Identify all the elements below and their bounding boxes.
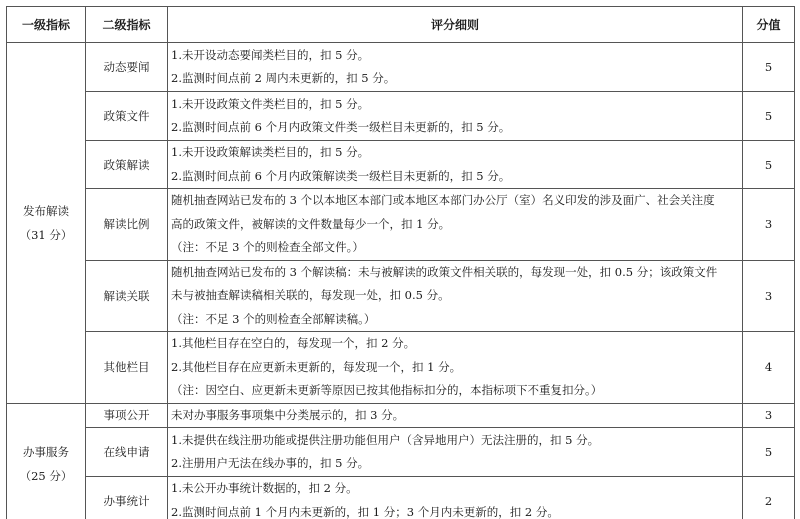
level2-indicator: 动态要闻: [86, 43, 168, 92]
header-level2: 二级指标: [86, 7, 168, 43]
rule-line: 随机抽查网站已发布的 3 个以本地区本部门或本地区本部门办公厅（室）名义印发的涉…: [171, 189, 736, 213]
table-row: 办事统计 1.未公开办事统计数据的，扣 2 分。 2.监测时间点前 1 个月内未…: [7, 477, 795, 519]
score-value: 2: [743, 477, 795, 519]
table-row: 解读关联 随机抽查网站已发布的 3 个解读稿：未与被解读的政策文件相关联的，每发…: [7, 260, 795, 332]
rule-line: 2.监测时间点前 6 个月内政策文件类一级栏目未更新的，扣 5 分。: [171, 116, 736, 140]
rule-line: 2.其他栏目存在应更新未更新的，每发现一个，扣 1 分。: [171, 356, 736, 380]
level2-indicator: 其他栏目: [86, 332, 168, 404]
level1-cell-service: 办事服务 （25 分）: [7, 403, 86, 519]
table-row: 政策文件 1.未开设政策文件类栏目的，扣 5 分。 2.监测时间点前 6 个月内…: [7, 92, 795, 141]
rule-line: 随机抽查网站已发布的 3 个解读稿：未与被解读的政策文件相关联的，每发现一处，扣…: [171, 261, 736, 285]
table-row: 解读比例 随机抽查网站已发布的 3 个以本地区本部门或本地区本部门办公厅（室）名…: [7, 189, 795, 261]
scoring-table: 一级指标 二级指标 评分细则 分值 发布解读 （31 分） 动态要闻 1.未开设…: [6, 6, 795, 519]
header-rules: 评分细则: [168, 7, 743, 43]
rule-line: 2.监测时间点前 1 个月内未更新的，扣 1 分；3 个月内未更新的，扣 2 分…: [171, 501, 736, 519]
score-value: 5: [743, 43, 795, 92]
rule-line: 2.监测时间点前 2 周内未更新的，扣 5 分。: [171, 67, 736, 91]
score-value: 5: [743, 141, 795, 189]
level1-total: （25 分）: [7, 464, 85, 488]
rule-line: 1.未提供在线注册功能或提供注册功能但用户（含异地用户）无法注册的，扣 5 分。: [171, 429, 736, 453]
score-value: 3: [743, 189, 795, 261]
score-value: 5: [743, 428, 795, 477]
rule-line: 1.未开设动态要闻类栏目的，扣 5 分。: [171, 44, 736, 68]
table-row: 其他栏目 1.其他栏目存在空白的，每发现一个，扣 2 分。 2.其他栏目存在应更…: [7, 332, 795, 404]
header-level1: 一级指标: [7, 7, 86, 43]
score-value: 3: [743, 260, 795, 332]
table-row: 办事服务 （25 分） 事项公开 未对办事服务事项集中分类展示的，扣 3 分。 …: [7, 403, 795, 428]
table-row: 政策解读 1.未开设政策解读类栏目的，扣 5 分。 2.监测时间点前 6 个月内…: [7, 141, 795, 189]
rule-cell: 1.未开设政策解读类栏目的，扣 5 分。 2.监测时间点前 6 个月内政策解读类…: [168, 141, 743, 189]
level2-indicator: 在线申请: [86, 428, 168, 477]
rule-cell: 1.未开设动态要闻类栏目的，扣 5 分。 2.监测时间点前 2 周内未更新的，扣…: [168, 43, 743, 92]
level2-indicator: 解读关联: [86, 260, 168, 332]
rule-cell: 1.未公开办事统计数据的，扣 2 分。 2.监测时间点前 1 个月内未更新的，扣…: [168, 477, 743, 519]
rule-line: 高的政策文件，被解读的文件数量每少一个，扣 1 分。: [171, 213, 736, 237]
level2-indicator: 办事统计: [86, 477, 168, 519]
rule-cell: 随机抽查网站已发布的 3 个以本地区本部门或本地区本部门办公厅（室）名义印发的涉…: [168, 189, 743, 261]
score-value: 5: [743, 92, 795, 141]
header-row: 一级指标 二级指标 评分细则 分值: [7, 7, 795, 43]
rule-line: 2.注册用户无法在线办事的，扣 5 分。: [171, 452, 736, 476]
table-row: 发布解读 （31 分） 动态要闻 1.未开设动态要闻类栏目的，扣 5 分。 2.…: [7, 43, 795, 92]
level2-indicator: 政策文件: [86, 92, 168, 141]
rule-cell: 1.其他栏目存在空白的，每发现一个，扣 2 分。 2.其他栏目存在应更新未更新的…: [168, 332, 743, 404]
rule-line: 2.监测时间点前 6 个月内政策解读类一级栏目未更新的，扣 5 分。: [171, 165, 736, 189]
level1-total: （31 分）: [7, 223, 85, 247]
rule-cell: 随机抽查网站已发布的 3 个解读稿：未与被解读的政策文件相关联的，每发现一处，扣…: [168, 260, 743, 332]
level1-name: 发布解读: [7, 199, 85, 223]
rule-cell: 未对办事服务事项集中分类展示的，扣 3 分。: [168, 403, 743, 428]
table-row: 在线申请 1.未提供在线注册功能或提供注册功能但用户（含异地用户）无法注册的，扣…: [7, 428, 795, 477]
rule-line: 未与被抽查解读稿相关联的，每发现一处，扣 0.5 分。: [171, 284, 736, 308]
score-value: 3: [743, 403, 795, 428]
level2-indicator: 政策解读: [86, 141, 168, 189]
rule-line: 1.未开设政策文件类栏目的，扣 5 分。: [171, 93, 736, 117]
rule-line: 1.未开设政策解读类栏目的，扣 5 分。: [171, 141, 736, 165]
rule-cell: 1.未开设政策文件类栏目的，扣 5 分。 2.监测时间点前 6 个月内政策文件类…: [168, 92, 743, 141]
header-score: 分值: [743, 7, 795, 43]
level2-indicator: 事项公开: [86, 403, 168, 428]
rule-line: 1.其他栏目存在空白的，每发现一个，扣 2 分。: [171, 332, 736, 356]
rule-note: （注：不足 3 个的则检查全部文件。）: [171, 236, 736, 260]
rule-cell: 1.未提供在线注册功能或提供注册功能但用户（含异地用户）无法注册的，扣 5 分。…: [168, 428, 743, 477]
score-value: 4: [743, 332, 795, 404]
rule-note: （注：因空白、应更新未更新等原因已按其他指标扣分的，本指标项下不重复扣分。）: [171, 379, 736, 403]
rule-line: 未对办事服务事项集中分类展示的，扣 3 分。: [171, 404, 736, 428]
rule-note: （注：不足 3 个的则检查全部解读稿。）: [171, 308, 736, 332]
rule-line: 1.未公开办事统计数据的，扣 2 分。: [171, 477, 736, 501]
level2-indicator: 解读比例: [86, 189, 168, 261]
level1-cell-publish: 发布解读 （31 分）: [7, 43, 86, 404]
level1-name: 办事服务: [7, 440, 85, 464]
